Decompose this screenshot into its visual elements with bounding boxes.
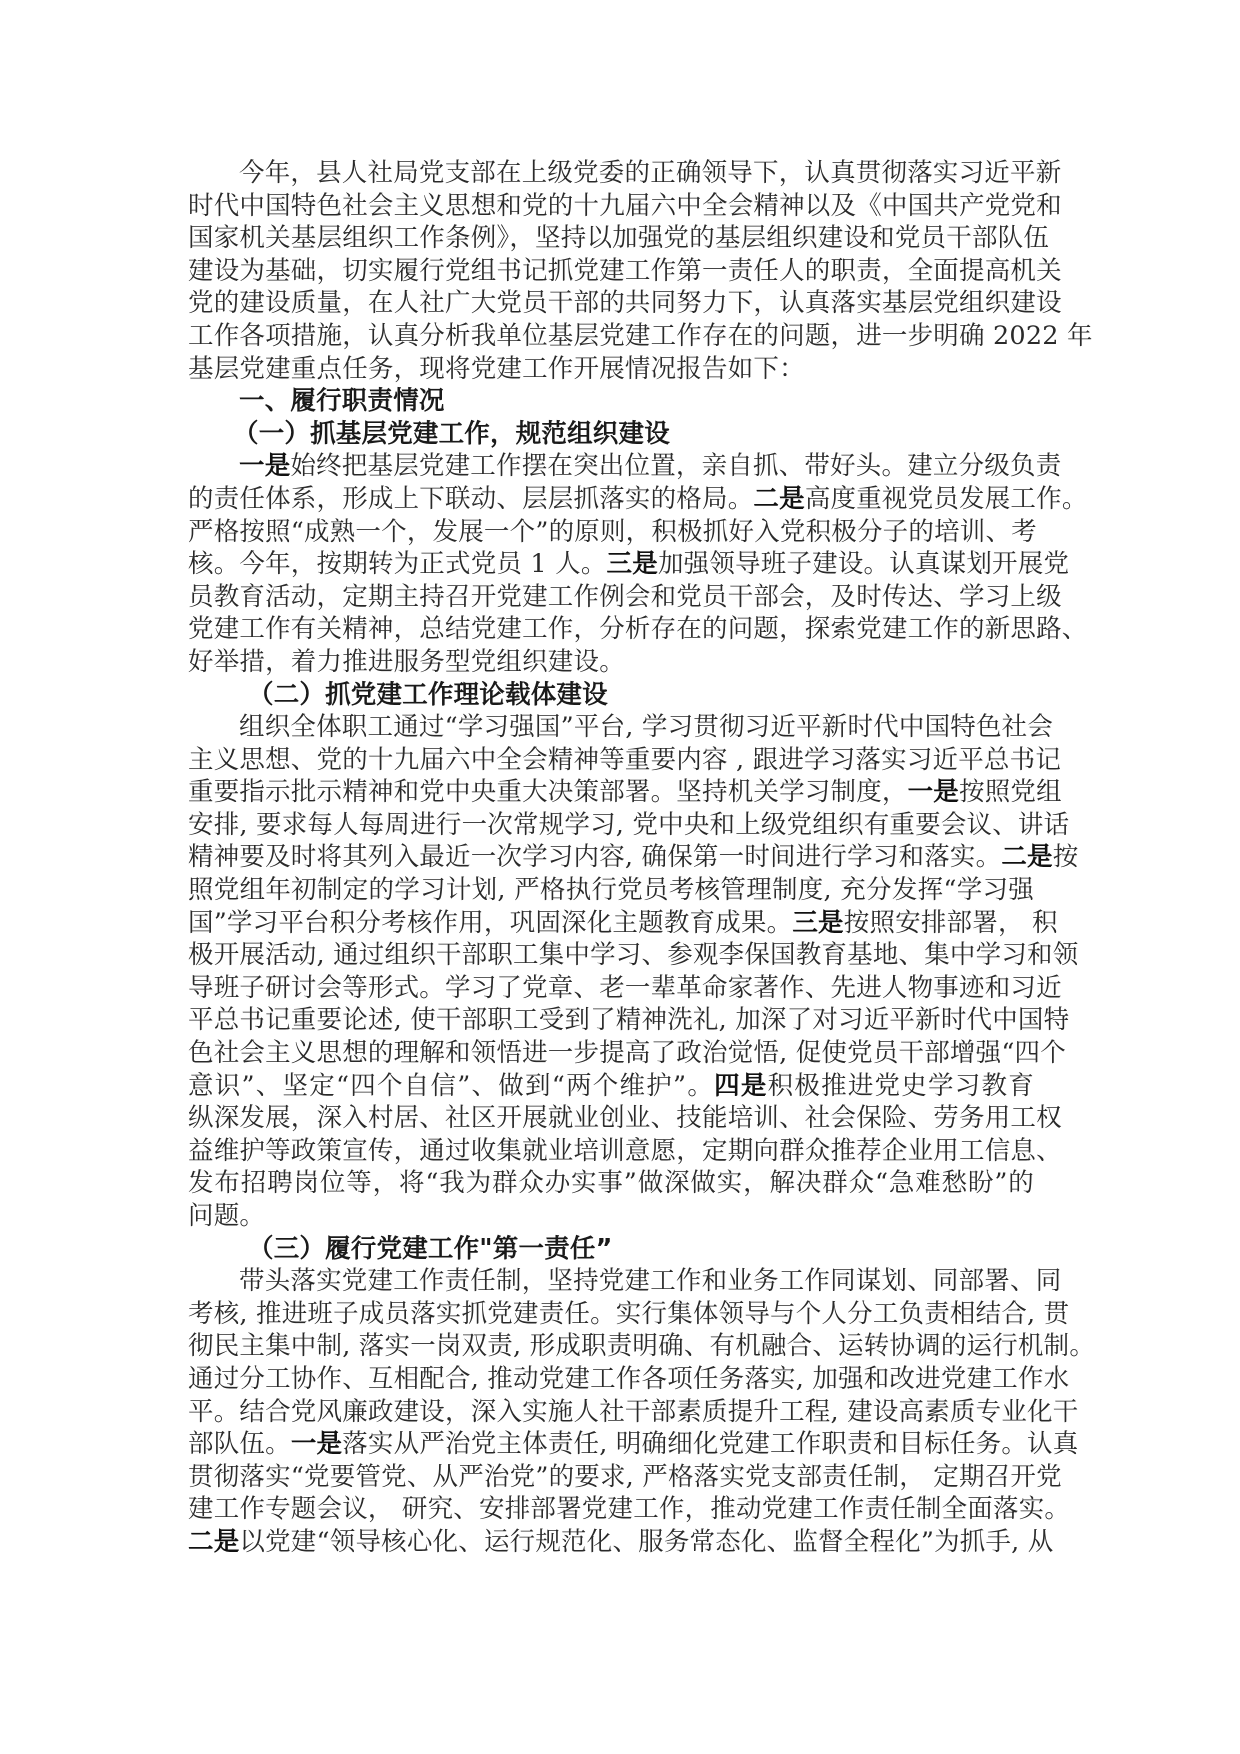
text-line: 国家机关基层组织工作条例》，坚持以加强党的基层组织建设和党员干部队伍 [188, 222, 1034, 255]
text-line: 极开展活动, 通过组织干部职工集中学习、参观李保国教育基地、集中学习和领 [188, 939, 1034, 972]
emphasis: 一是 [908, 777, 959, 807]
text-line: 国”学习平台积分考核作用，巩固深化主题教育成果。三是按照安排部署， 积 [188, 907, 1034, 940]
text-line: 色社会主义思想的理解和领悟进一步提高了政治觉悟, 促使党员干部增强“四个 [188, 1037, 1034, 1070]
subsection-heading: （二）抓党建工作理论载体建设 [188, 679, 1034, 712]
text-line: 二是以党建“领导核心化、运行规范化、服务常态化、监督全程化”为抓手, 从 [188, 1526, 1034, 1559]
text-line: 贯彻落实“党要管党、从严治党”的要求, 严格落实党支部责任制， 定期召开党 [188, 1461, 1034, 1494]
emphasis: 二是 [1001, 842, 1052, 872]
text-line: 的责任体系，形成上下联动、层层抓落实的格局。二是高度重视党员发展工作。 [188, 483, 1034, 516]
emphasis: 一是 [239, 451, 290, 481]
text-line: 党建工作有关精神，总结党建工作，分析存在的问题，探索党建工作的新思路、 [188, 613, 1034, 646]
text-line: 照党组年初制定的学习计划, 严格执行党员考核管理制度, 充分发挥“学习强 [188, 874, 1034, 907]
text-line: 带头落实党建工作责任制，坚持党建工作和业务工作同谋划、同部署、同 [188, 1265, 1034, 1298]
text-line: 部队伍。一是落实从严治党主体责任, 明确细化党建工作职责和目标任务。认真 [188, 1428, 1034, 1461]
text-line: 今年，县人社局党支部在上级党委的正确领导下，认真贯彻落实习近平新 [188, 157, 1034, 190]
subsection-heading: （一）抓基层党建工作，规范组织建设 [188, 418, 1034, 451]
section-heading: 一、履行职责情况 [188, 385, 1034, 418]
text-line: 彻民主集中制, 落实一岗双责, 形成职责明确、有机融合、运转协调的运行机制。 [188, 1330, 1034, 1363]
text-line: 安排, 要求每人每周进行一次常规学习, 党中央和上级党组织有重要会议、讲话 [188, 809, 1034, 842]
document-page: 今年，县人社局党支部在上级党委的正确领导下，认真贯彻落实习近平新 时代中国特色社… [188, 157, 1034, 1559]
text-line: 严格按照“成熟一个，发展一个”的原则，积极抓好入党积极分子的培训、考 [188, 516, 1034, 549]
text-line: 好举措，着力推进服务型党组织建设。 [188, 646, 1034, 679]
subsection-heading: （三）履行党建工作"第一责任” [188, 1233, 1034, 1266]
subsection-1-body: 一是始终把基层党建工作摆在突出位置，亲自抓、带好头。建立分级负责 的责任体系，形… [188, 450, 1034, 678]
emphasis: 四是 [714, 1071, 768, 1101]
text-line: 益维护等政策宣传，通过收集就业培训意愿，定期向群众推荐企业用工信息、 [188, 1135, 1034, 1168]
intro-paragraph: 今年，县人社局党支部在上级党委的正确领导下，认真贯彻落实习近平新 时代中国特色社… [188, 157, 1034, 385]
text-line: 发布招聘岗位等，将“我为群众办实事”做深做实，解决群众“急难愁盼”的 [188, 1167, 1034, 1200]
text-line: 重要指示批示精神和党中央重大决策部署。坚持机关学习制度，一是按照党组 [188, 776, 1034, 809]
text-line: 一是始终把基层党建工作摆在突出位置，亲自抓、带好头。建立分级负责 [188, 450, 1034, 483]
text-line: 组织全体职工通过“学习强国”平台, 学习贯彻习近平新时代中国特色社会 [188, 711, 1034, 744]
text-line: 平总书记重要论述, 使干部职工受到了精神洗礼, 加深了对习近平新时代中国特 [188, 1004, 1034, 1037]
emphasis: 三是 [792, 908, 843, 938]
text-line: 建工作专题会议， 研究、安排部署党建工作，推动党建工作责任制全面落实。 [188, 1493, 1034, 1526]
text-line: 平。结合党风廉政建设，深入实施人社干部素质提升工程, 建设高素质专业化干 [188, 1396, 1034, 1429]
emphasis: 二是 [188, 1527, 239, 1557]
text-line: 导班子研讨会等形式。学习了党章、老一辈革命家著作、先进人物事迹和习近 [188, 972, 1034, 1005]
text-line: 意识”、坚定“四个自信”、做到“两个维护”。四是积极推进党史学习教育 [188, 1070, 1034, 1103]
text-line: 时代中国特色社会主义思想和党的十九届六中全会精神以及《中国共产党党和 [188, 190, 1034, 223]
subsection-3-body: 带头落实党建工作责任制，坚持党建工作和业务工作同谋划、同部署、同 考核, 推进班… [188, 1265, 1034, 1558]
text-line: 建设为基础，切实履行党组书记抓党建工作第一责任人的职责，全面提高机关 [188, 255, 1034, 288]
subsection-2-body: 组织全体职工通过“学习强国”平台, 学习贯彻习近平新时代中国特色社会 主义思想、… [188, 711, 1034, 1233]
text-line: 员教育活动，定期主持召开党建工作例会和党员干部会，及时传达、学习上级 [188, 581, 1034, 614]
text-line: 党的建设质量，在人社广大党员干部的共同努力下，认真落实基层党组织建设 [188, 287, 1034, 320]
text-line: 考核, 推进班子成员落实抓党建责任。实行集体领导与个人分工负责相结合, 贯 [188, 1298, 1034, 1331]
text-line: 工作各项措施，认真分析我单位基层党建工作存在的问题，进一步明确 2022 年 [188, 320, 1034, 353]
text-line: 通过分工协作、互相配合, 推动党建工作各项任务落实, 加强和改进党建工作水 [188, 1363, 1034, 1396]
text-line: 精神要及时将其列入最近一次学习内容, 确保第一时间进行学习和落实。二是按 [188, 841, 1034, 874]
text-line: 基层党建重点任务，现将党建工作开展情况报告如下： [188, 353, 1034, 386]
text-line: 纵深发展，深入村居、社区开展就业创业、技能培训、社会保险、劳务用工权 [188, 1102, 1034, 1135]
emphasis: 三是 [607, 549, 658, 579]
emphasis: 二是 [753, 484, 804, 514]
emphasis: 一是 [291, 1429, 342, 1459]
text-line: 主义思想、党的十九届六中全会精神等重要内容 , 跟进学习落实习近平总书记 [188, 744, 1034, 777]
text-line: 问题。 [188, 1200, 1034, 1233]
text-line: 核。今年，按期转为正式党员 1 人。三是加强领导班子建设。认真谋划开展党 [188, 548, 1034, 581]
